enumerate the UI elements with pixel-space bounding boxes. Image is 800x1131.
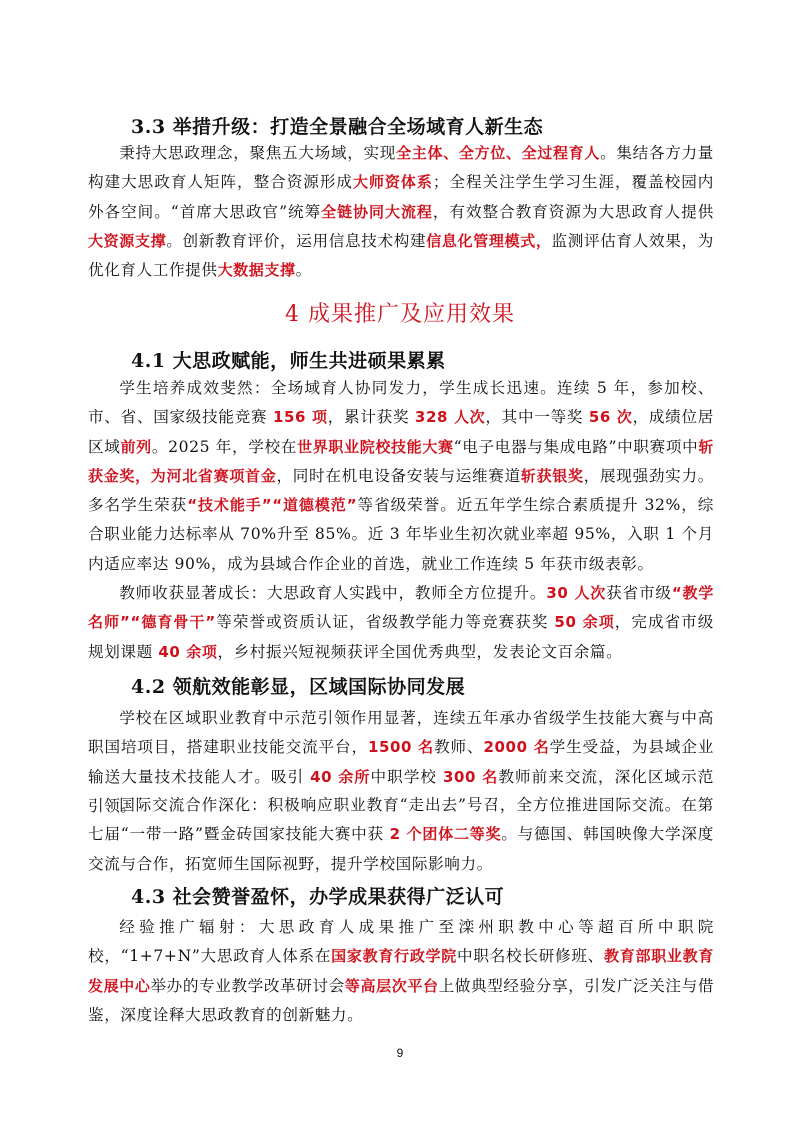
body-text: ，同时在机电设备安装与运维赛道 <box>276 467 520 485</box>
section-heading-4-3: 4.3 社会赞誉盈怀，办学成果获得广泛认可 <box>131 882 504 909</box>
highlighted-text: 全链协同大流程 <box>321 203 433 221</box>
paragraph-3-3: 秉持大思政理念，聚焦五大场域，实现全主体、全方位、全过程育人。集结各方力量构建大… <box>88 139 714 285</box>
body-text: 等荣誉或资质认证，省级教学能力等竞赛获奖 <box>216 613 555 631</box>
highlighted-text: 40 余项 <box>158 643 217 661</box>
paragraph-4-3: 经验推广辐射：大思政育人成果推广至滦州职教中心等超百所中职院校，“1+7+N”大… <box>88 913 714 1030</box>
body-text: 。创新教育评价，运用信息技术构建 <box>166 232 426 250</box>
body-text: ，累计获奖 <box>328 408 415 426</box>
chapter-heading-4: 4 成果推广及应用效果 <box>0 297 800 328</box>
highlighted-text: “技术能手”“道德模范” <box>187 496 357 514</box>
body-text: 教师收获显著成长：大思政育人实践中，教师全方位提升。 <box>119 584 546 602</box>
body-text: 教师、 <box>434 738 483 756</box>
body-text: “电子电器与集成电路”中职赛项中 <box>454 438 699 456</box>
highlighted-text: 2000 名 <box>483 738 549 756</box>
body-text: 。 <box>296 261 312 279</box>
highlighted-text: 大师资体系 <box>353 173 433 191</box>
highlighted-text: 300 名 <box>443 768 498 786</box>
highlighted-text: 大资源支撑 <box>88 232 166 250</box>
body-text: 举办的专业教学改革研讨会 <box>150 977 344 995</box>
highlighted-text: 1500 名 <box>368 738 434 756</box>
body-text: 中职学校 <box>370 768 442 786</box>
highlighted-text: 30 人次 <box>546 584 606 602</box>
highlighted-text: 50 余项 <box>554 613 614 631</box>
section-heading-4-2: 4.2 领航效能彰显，区域国际协同发展 <box>131 672 465 699</box>
highlighted-text: 156 项 <box>273 408 328 426</box>
highlighted-text: 等高层次平台 <box>345 977 439 995</box>
highlighted-text: 信息化管理模式， <box>426 232 551 250</box>
body-text: 。2025 年，学校在 <box>152 438 297 456</box>
paragraph-4-1-teachers: 教师收获显著成长：大思政育人实践中，教师全方位提升。30 人次获省市级“教学名师… <box>88 579 714 667</box>
body-text: ，其中一等奖 <box>485 408 588 426</box>
page-number: 9 <box>0 1046 800 1060</box>
body-text: 秉持大思政理念，聚焦五大场域，实现 <box>119 144 396 162</box>
highlighted-text: 全主体、全方位、全过程育人 <box>396 144 600 162</box>
paragraph-4-2-international: 国际交流合作深化：积极响应职业教育“走出去”号召，全方位推进国际交流。在第七届“… <box>88 791 714 879</box>
highlighted-text: 328 人次 <box>415 408 485 426</box>
highlighted-text: 国家教育行政学院 <box>331 947 457 965</box>
body-text: 获省市级 <box>606 584 672 602</box>
section-heading-3-3: 3.3 举措升级：打造全景融合全场域育人新生态 <box>131 112 543 139</box>
document-page: 3.3 举措升级：打造全景融合全场域育人新生态 秉持大思政理念，聚焦五大场域，实… <box>0 0 800 1131</box>
paragraph-4-1-students: 学生培养成效斐然：全场域育人协同发力，学生成长迅速。连续 5 年，参加校、市、省… <box>88 374 714 579</box>
highlighted-text: 大数据支撑 <box>218 261 296 279</box>
highlighted-text: 前列 <box>121 438 152 456</box>
body-text: 中职名校长研修班、 <box>457 947 604 965</box>
highlighted-text: 2 个团体二等奖 <box>390 825 502 843</box>
highlighted-text: 斩获银奖 <box>521 467 584 485</box>
highlighted-text: 56 次 <box>589 408 633 426</box>
highlighted-text: 世界职业院校技能大赛 <box>297 438 454 456</box>
section-heading-4-1: 4.1 大思政赋能，师生共进硕果累累 <box>131 346 446 373</box>
body-text: ，有效整合教育资源为大思政育人提供 <box>433 203 714 221</box>
body-text: ，乡村振兴短视频获评全国优秀典型，发表论文百余篇。 <box>217 643 622 661</box>
highlighted-text: 40 余所 <box>310 768 370 786</box>
